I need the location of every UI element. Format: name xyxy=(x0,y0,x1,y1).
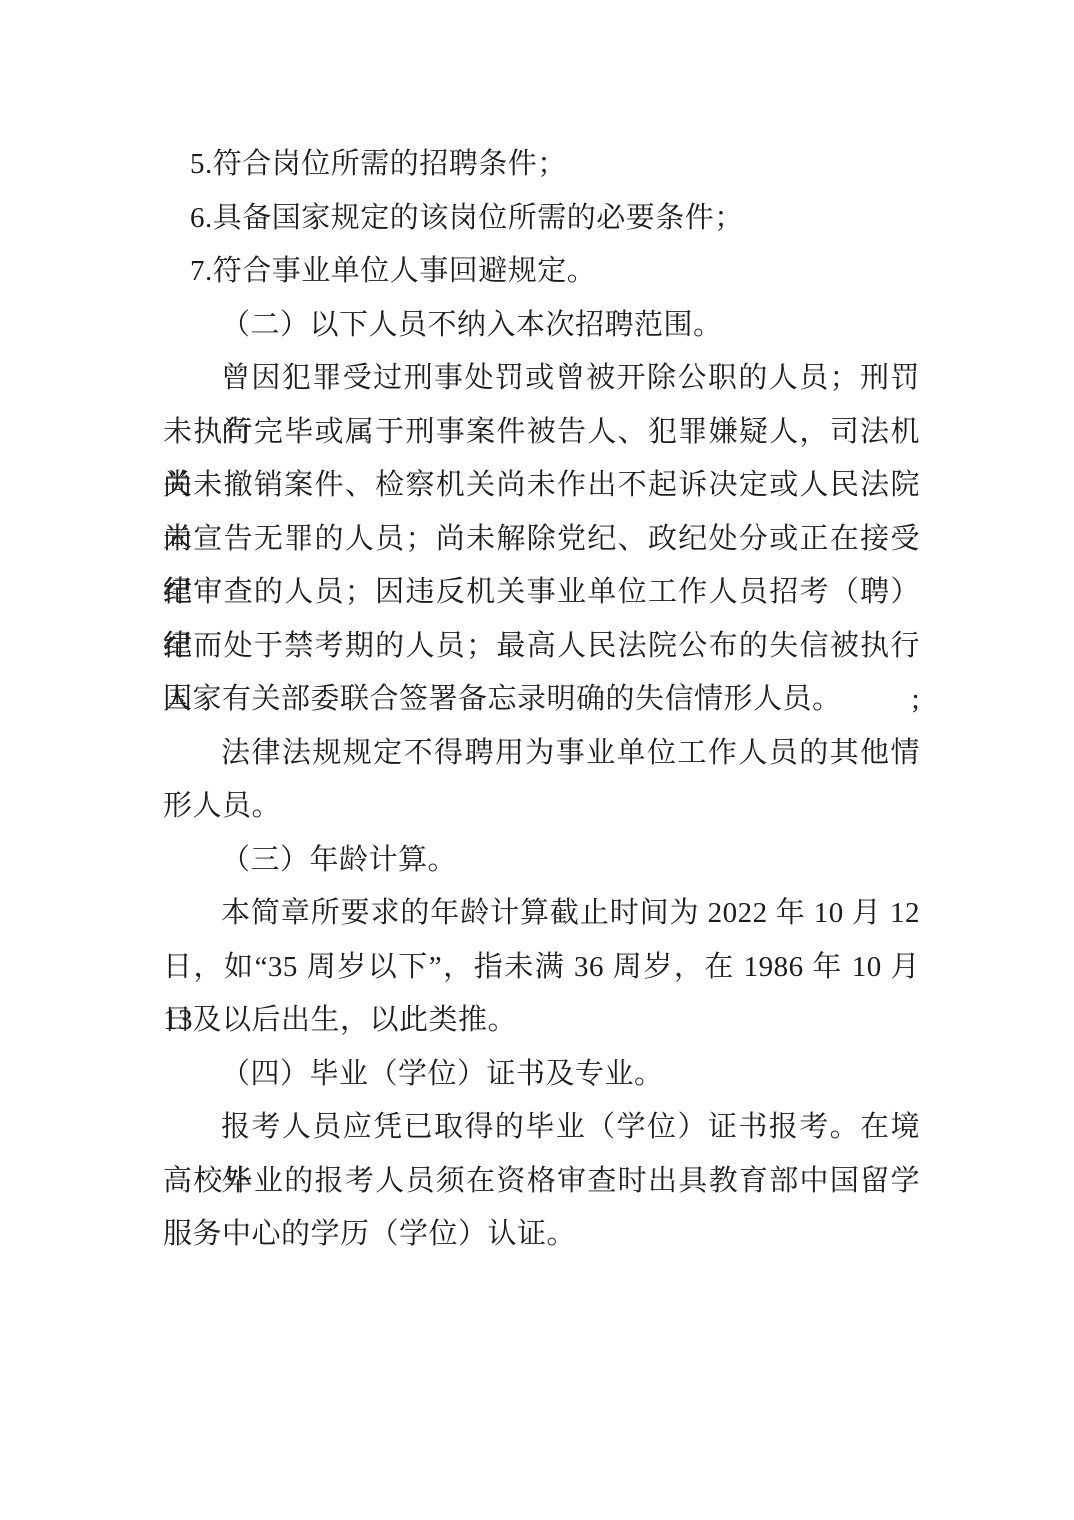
text-line: 未宣告无罪的人员；尚未解除党纪、政纪处分或正在接受纪 xyxy=(163,513,920,567)
text-line: （三）年龄计算。 xyxy=(163,834,920,888)
text-line: 国家有关部委联合签署备忘录明确的失信情形人员。 xyxy=(163,673,920,727)
text-line: 日及以后出生，以此类推。 xyxy=(163,994,920,1048)
text-line: （二）以下人员不纳入本次招聘范围。 xyxy=(163,299,920,353)
text-line: 本简章所要求的年龄计算截止时间为 2022 年 10 月 12 xyxy=(163,887,920,941)
text-line: 服务中心的学历（学位）认证。 xyxy=(163,1208,920,1262)
text-line: 形人员。 xyxy=(163,780,920,834)
text-line: 未执行完毕或属于刑事案件被告人、犯罪嫌疑人，司法机关 xyxy=(163,406,920,460)
text-line: 尚未撤销案件、检察机关尚未作出不起诉决定或人民法院尚 xyxy=(163,459,920,513)
text-line: 律审查的人员；因违反机关事业单位工作人员招考（聘）纪 xyxy=(163,566,920,620)
document-page: 5.符合岗位所需的招聘条件；6.具备国家规定的该岗位所需的必要条件；7.符合事业… xyxy=(0,0,1074,1520)
text-line: 法律法规规定不得聘用为事业单位工作人员的其他情 xyxy=(163,727,920,781)
text-line: 高校毕业的报考人员须在资格审查时出具教育部中国留学 xyxy=(163,1155,920,1209)
document-body: 5.符合岗位所需的招聘条件；6.具备国家规定的该岗位所需的必要条件；7.符合事业… xyxy=(163,138,920,1262)
text-line: （四）毕业（学位）证书及专业。 xyxy=(163,1048,920,1102)
text-line: 报考人员应凭已取得的毕业（学位）证书报考。在境外 xyxy=(163,1101,920,1155)
text-line: 律而处于禁考期的人员；最高人民法院公布的失信被执行人; xyxy=(163,620,920,674)
text-line: 曾因犯罪受过刑事处罚或曾被开除公职的人员；刑罚尚 xyxy=(163,352,920,406)
text-line: 7.符合事业单位人事回避规定。 xyxy=(163,245,920,299)
text-line: 6.具备国家规定的该岗位所需的必要条件； xyxy=(163,192,920,246)
text-line: 5.符合岗位所需的招聘条件； xyxy=(163,138,920,192)
text-line: 日，如“35 周岁以下”，指未满 36 周岁，在 1986 年 10 月 13 xyxy=(163,941,920,995)
